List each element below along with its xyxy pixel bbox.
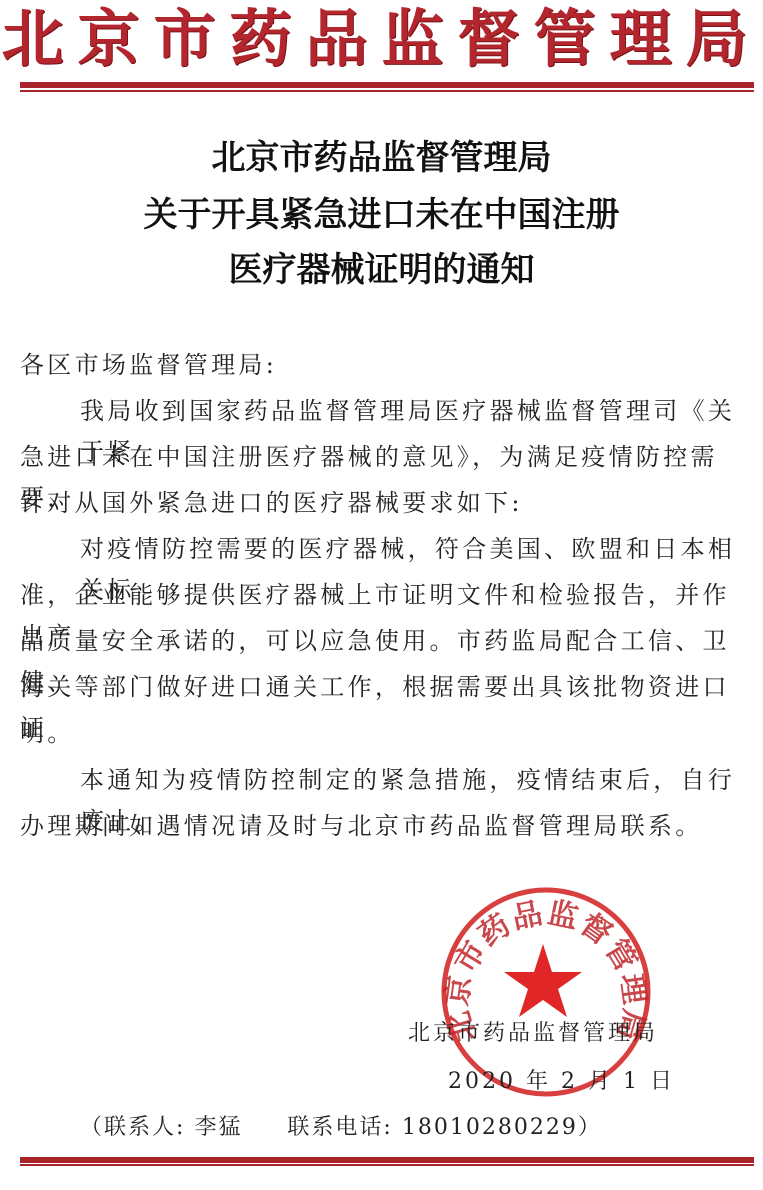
salutation: 各区市场监督管理局: — [20, 345, 750, 386]
issue-date: 2020 年 2 月 1 日 — [448, 1064, 675, 1095]
contact-person-label: 联系人: — [104, 1115, 185, 1140]
masthead-title: 北京市药品监督管理局 — [0, 4, 763, 74]
contact-line: （联系人: 李猛 联系电话: 18010280229） — [80, 1110, 602, 1141]
notice-title-line-3: 医疗器械证明的通知 — [0, 245, 763, 295]
body-line: 办理期间如遇情况请及时与北京市药品监督管理局联系。 — [20, 806, 750, 847]
contact-person: 李猛 — [194, 1115, 242, 1140]
contact-open-paren: （ — [80, 1115, 104, 1140]
masthead-rule-thick — [20, 82, 754, 88]
star-icon — [504, 944, 582, 1017]
footer-rule-thick — [20, 1157, 754, 1163]
body-line: 针对从国外紧急进口的医疗器械要求如下: — [20, 483, 750, 524]
notice-title-line-1: 北京市药品监督管理局 — [0, 133, 763, 183]
footer-rule-thin — [20, 1164, 754, 1166]
issuer-signature: 北京市药品监督管理局 — [408, 1016, 658, 1047]
contact-close-paren: ） — [578, 1115, 602, 1140]
contact-phone-label: 联系电话: — [287, 1115, 392, 1140]
contact-phone: 18010280229 — [402, 1115, 578, 1140]
notice-title-line-2: 关于开具紧急进口未在中国注册 — [0, 190, 763, 240]
body-line: 明。 — [20, 713, 750, 754]
masthead-rule-thin — [20, 90, 754, 92]
